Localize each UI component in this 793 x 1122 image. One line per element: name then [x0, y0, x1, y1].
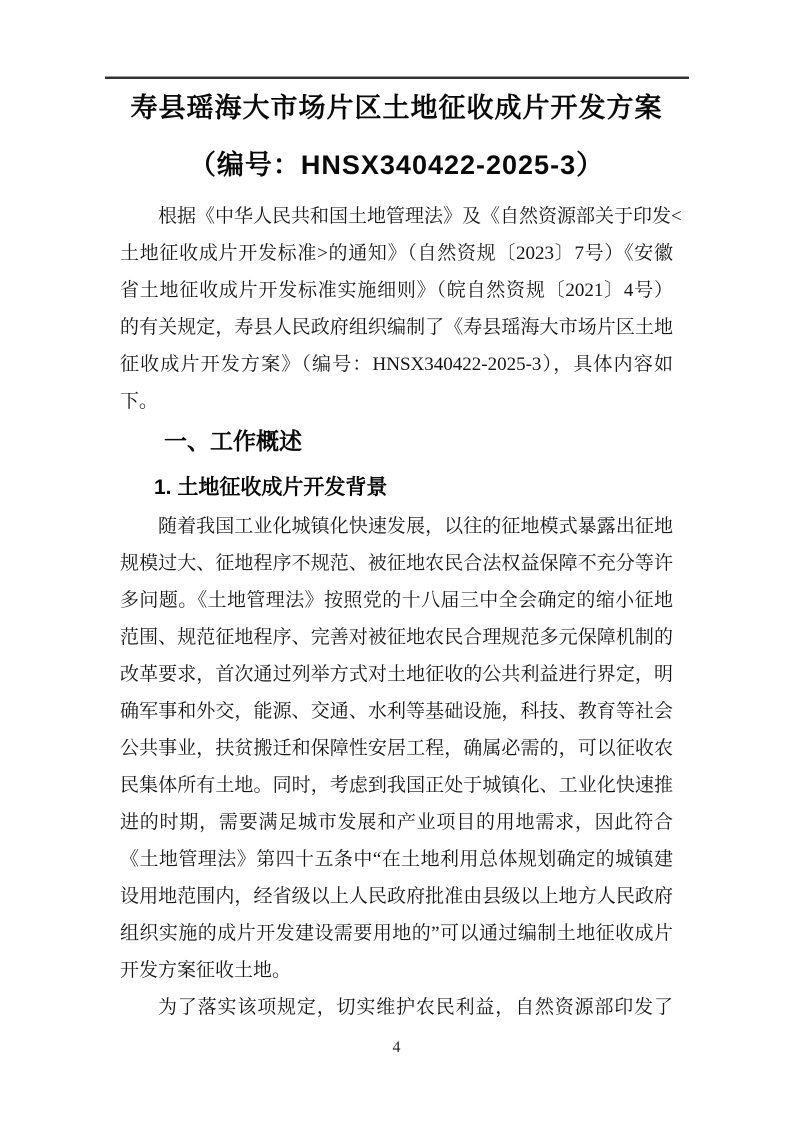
intro-paragraph: 根据《中华人民共和国土地管理法》及《自然资源部关于印发<土地征收成片开发标准>的…	[120, 198, 673, 420]
text-line: 民集体所有土地。同时，考虑到我国正处于城镇化、工业化快速推	[120, 767, 673, 804]
document-page: 寿县瑶海大市场片区土地征收成片开发方案 （编号：HNSX340422-2025-…	[0, 0, 793, 1122]
text-line: 《土地管理法》第四十五条中“在土地利用总体规划确定的城镇建	[120, 841, 673, 878]
text-line: 组织实施的成片开发建设需要用地的”可以通过编制土地征收成片	[120, 915, 673, 952]
document-title: 寿县瑶海大市场片区土地征收成片开发方案	[120, 0, 673, 128]
text-line: 规模过大、征地程序不规范、被征地农民合法权益保障不充分等许	[120, 545, 673, 582]
text-line: 为了落实该项规定，切实维护农民利益，自然资源部印发了	[120, 989, 673, 1026]
text-line: 省土地征收成片开发标准实施细则》（皖自然资规〔2021〕4号）	[120, 272, 673, 309]
text-line: 设用地范围内，经省级以上人民政府批准由县级以上地方人民政府	[120, 878, 673, 915]
text-line: 多问题。《土地管理法》按照党的十八届三中全会确定的缩小征地	[120, 582, 673, 619]
text-line: 下。	[120, 383, 673, 420]
text-line: 确军事和外交，能源、交通、水利等基础设施，科技、教育等社会	[120, 693, 673, 730]
closing-paragraph: 为了落实该项规定，切实维护农民利益，自然资源部印发了	[120, 989, 673, 1026]
background-paragraph: 随着我国工业化城镇化快速发展，以往的征地模式暴露出征地规模过大、征地程序不规范、…	[120, 508, 673, 989]
document-number: （编号：HNSX340422-2025-3）	[120, 145, 673, 185]
text-line: 根据《中华人民共和国土地管理法》及《自然资源部关于印发<	[120, 198, 673, 235]
text-line: 开发方案征收土地。	[120, 952, 673, 989]
text-line: 进的时期，需要满足城市发展和产业项目的用地需求，因此符合	[120, 804, 673, 841]
text-line: 征收成片开发方案》（编号：HNSX340422-2025-3），具体内容如	[120, 346, 673, 383]
text-line: 土地征收成片开发标准>的通知》（自然资规〔2023〕7号）《安徽	[120, 235, 673, 272]
text-line: 随着我国工业化城镇化快速发展，以往的征地模式暴露出征地	[120, 508, 673, 545]
subsection-heading: 1. 土地征收成片开发背景	[120, 474, 673, 502]
section-heading: 一、工作概述	[120, 426, 673, 456]
page-number: 4	[0, 1038, 793, 1058]
document-body: 寿县瑶海大市场片区土地征收成片开发方案 （编号：HNSX340422-2025-…	[120, 0, 673, 1026]
text-line: 公共事业，扶贫搬迁和保障性安居工程，确属必需的，可以征收农	[120, 730, 673, 767]
text-line: 的有关规定，寿县人民政府组织编制了《寿县瑶海大市场片区土地	[120, 309, 673, 346]
text-line: 改革要求，首次通过列举方式对土地征收的公共利益进行界定，明	[120, 656, 673, 693]
text-line: 范围、规范征地程序、完善对被征地农民合理规范多元保障机制的	[120, 619, 673, 656]
